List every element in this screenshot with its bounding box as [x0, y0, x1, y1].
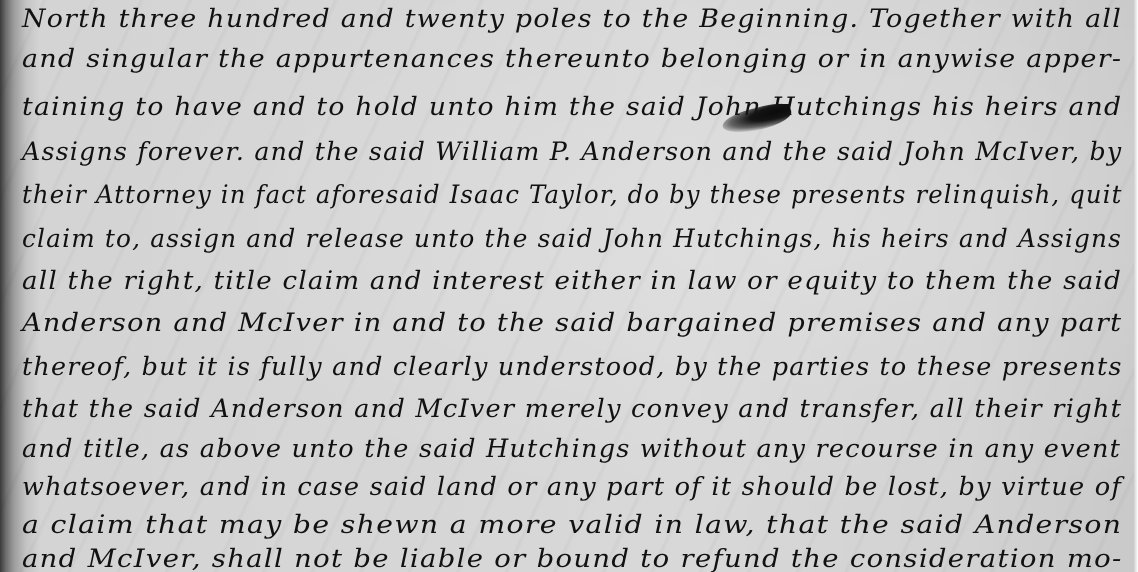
text-line-9: thereof, but it is fully and clearly und…	[22, 352, 1123, 381]
text-line-3: taining to have and to hold unto him the…	[22, 92, 1122, 121]
text-line-7: all the right, title claim and interest …	[22, 266, 1122, 295]
text-line-1: North three hundred and twenty poles to …	[22, 4, 1122, 33]
text-line-6: claim to, assign and release unto the sa…	[22, 224, 1122, 253]
text-line-4: Assigns forever. and the said William P.…	[22, 137, 1122, 166]
text-line-14: and McIver, shall not be liable or bound…	[22, 544, 1123, 572]
text-line-11: and title, as above unto the said Hutchi…	[22, 434, 1121, 463]
text-line-5: their Attorney in fact aforesaid Isaac T…	[22, 180, 1123, 209]
text-line-12: whatsoever, and in case said land or any…	[22, 472, 1122, 501]
scan-edge	[1134, 0, 1138, 572]
text-line-13: a claim that may be shewn a more valid i…	[22, 510, 1122, 539]
text-line-8: Anderson and McIver in and to the said b…	[22, 308, 1122, 337]
text-line-10: that the said Anderson and McIver merely…	[22, 394, 1122, 423]
manuscript-page: North three hundred and twenty poles to …	[0, 0, 1138, 572]
text-line-2: and singular the appurtenances thereunto…	[22, 44, 1122, 73]
